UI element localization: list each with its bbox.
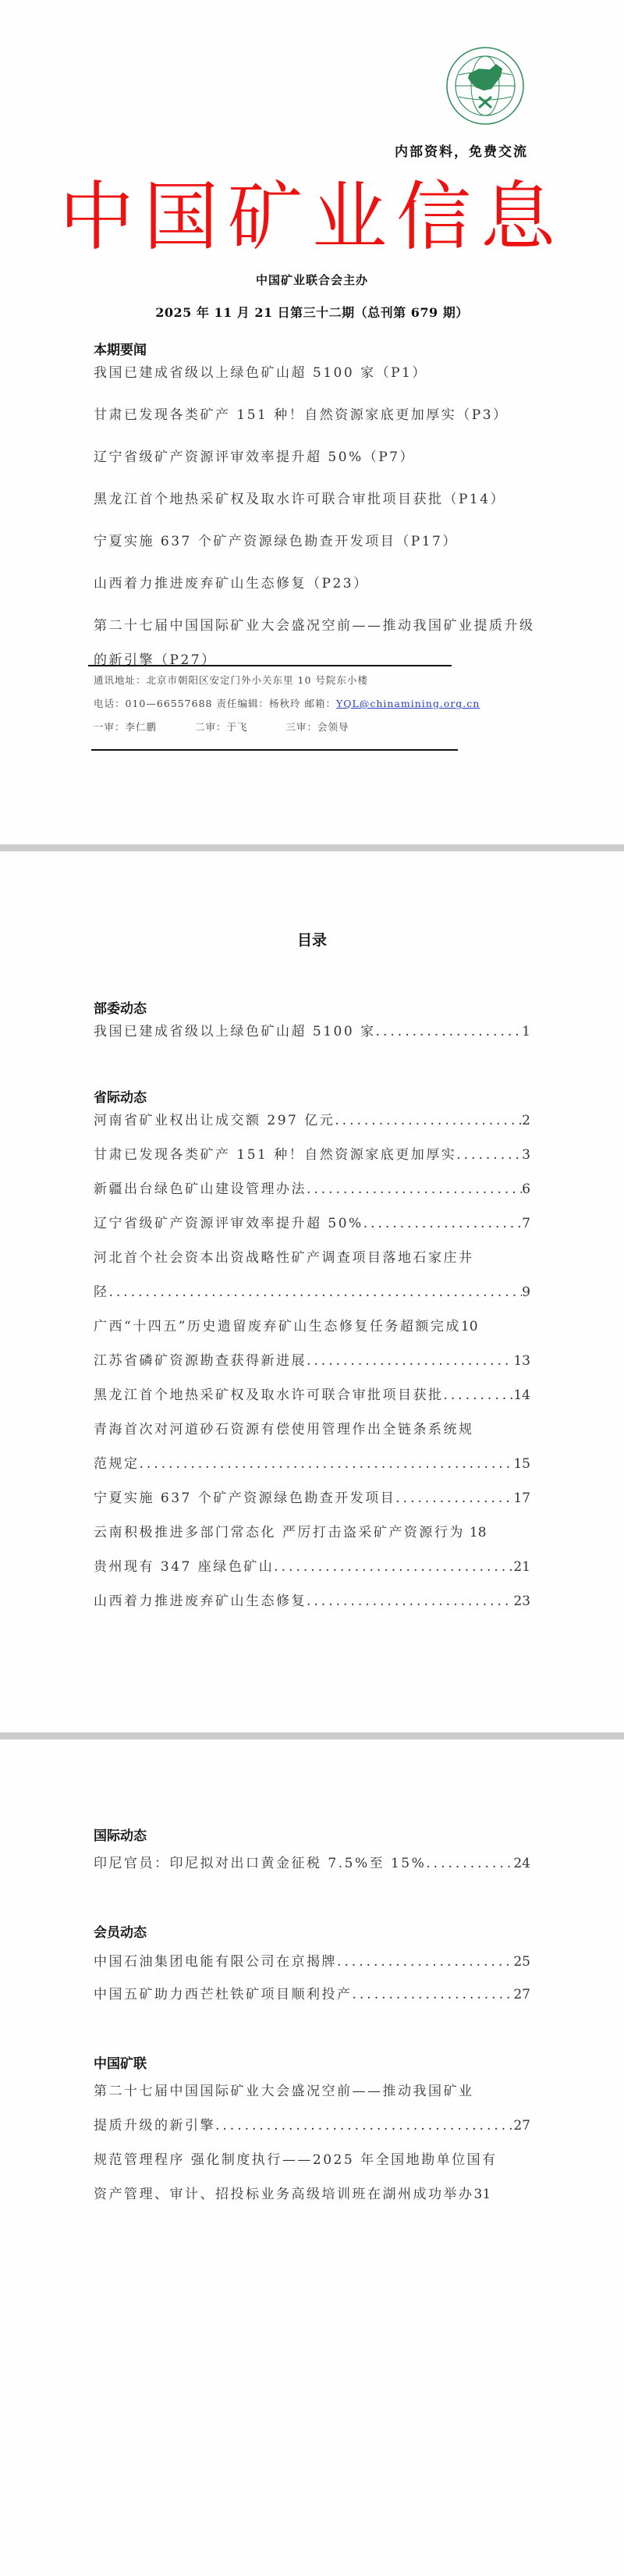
toc-entry[interactable]: 云南积极推进多部门常态化 严厉打击盗采矿产资源行为18 (94, 1515, 530, 1550)
headline-item[interactable]: 山西着力推进废弃矿山生态修复（P23） (94, 576, 538, 592)
masthead-title: 中国矿业信息 (0, 174, 624, 260)
headline-item[interactable]: 甘肃已发现各类矿产 151 种！自然资源家底更加厚实（P3） (94, 407, 538, 424)
toc-entry[interactable]: 青海首次对河道砂石资源有偿使用管理作出全链条系统规 范规定15 (94, 1412, 530, 1481)
toc-entry[interactable]: 山西着力推进废弃矿山生态修复23 (94, 1584, 530, 1618)
toc-entry[interactable]: 黑龙江首个地热采矿权及取水许可联合审批项目获批14 (94, 1378, 530, 1412)
divider (91, 749, 458, 751)
toc-entry[interactable]: 广西“十四五”历史遗留废弃矿山生态修复任务超额完成10 (94, 1309, 530, 1344)
phone-number: 010—66557688 (126, 698, 213, 709)
toc-entry[interactable]: 第二十七届中国国际矿业大会盛况空前——推动我国矿业 提质升级的新引擎27 (94, 2074, 530, 2143)
toc-entry[interactable]: 辽宁省级矿产资源评审效率提升超 50%7 (94, 1206, 530, 1241)
headline-item[interactable]: 我国已建成省级以上绿色矿山超 5100 家（P1） (94, 365, 538, 382)
reviewer-2: 二审：于飞 (195, 720, 248, 734)
page-separator (0, 1732, 624, 1739)
distribution-note: 内部资料，免费交流 (395, 140, 528, 160)
toc-entry[interactable]: 新疆出台绿色矿山建设管理办法6 (94, 1172, 530, 1206)
toc-entry[interactable]: 贵州现有 347 座绿色矿山21 (94, 1550, 530, 1584)
toc-entry[interactable]: 河北首个社会资本出资战略性矿产调查项目落地石家庄井 陉9 (94, 1241, 530, 1309)
headline-item[interactable]: 黑龙江首个地热采矿权及取水许可联合审批项目获批（P14） (94, 492, 538, 508)
toc-entry[interactable]: 宁夏实施 637 个矿产资源绿色勘查开发项目17 (94, 1481, 530, 1515)
china-mining-association-logo-icon (445, 45, 526, 126)
reviewer-1: 一审：李仁鹏 (94, 720, 157, 734)
contact-phone-editor-email: 电话：010—66557688 责任编辑：杨秋玲 邮箱：YQL@chinamin… (94, 696, 530, 710)
toc-entry[interactable]: 中国五矿助力西芒杜铁矿项目顺利投产27 (94, 1977, 530, 2012)
reviewers-line: 一审：李仁鹏 二审：于飞 三审：会领导 (94, 720, 530, 734)
issue-line: 2025 年 11 月 21 日第三十二期（总刊第 679 期） (0, 303, 624, 321)
page-separator (0, 844, 624, 851)
headline-item[interactable]: 第二十七届中国国际矿业大会盛况空前——推动我国矿业提质升级的新引擎（P27） (94, 609, 538, 677)
headlines-list: 我国已建成省级以上绿色矿山超 5100 家（P1） 甘肃已发现各类矿产 151 … (94, 365, 538, 703)
toc-section-title: 国际动态 (94, 1825, 147, 1844)
toc-section-title: 会员动态 (94, 1921, 147, 1941)
editor-name: 杨秋玲 (269, 698, 301, 709)
toc-title: 目录 (0, 929, 624, 950)
sponsor-line: 中国矿业联合会主办 (0, 272, 624, 288)
headline-item[interactable]: 辽宁省级矿产资源评审效率提升超 50%（P7） (94, 449, 538, 466)
toc-entry[interactable]: 中国石油集团电能有限公司在京揭牌25 (94, 1945, 530, 1979)
divider (88, 665, 452, 666)
contact-address: 通讯地址：北京市朝阳区安定门外小关东里 10 号院东小楼 (94, 673, 530, 687)
toc-entry[interactable]: 河南省矿业权出让成交额 297 亿元2 (94, 1103, 530, 1138)
toc-entry[interactable]: 甘肃已发现各类矿产 151 种！自然资源家底更加厚实3 (94, 1138, 530, 1172)
headlines-title: 本期要闻 (94, 339, 147, 358)
reviewer-3: 三审：会领导 (286, 720, 349, 734)
toc-entry[interactable]: 我国已建成省级以上绿色矿山超 5100 家1 (94, 1014, 530, 1049)
toc-entry[interactable]: 印尼官员：印尼拟对出口黄金征税 7.5%至 15%24 (94, 1846, 530, 1881)
toc-entry[interactable]: 江苏省磷矿资源勘查获得新进展13 (94, 1344, 530, 1378)
toc-section-title: 中国矿联 (94, 2052, 147, 2072)
toc-entry[interactable]: 规范管理程序 强化制度执行——2025 年全国地勘单位国有 资产管理、审计、招投… (94, 2143, 530, 2212)
headline-item[interactable]: 宁夏实施 637 个矿产资源绿色勘查开发项目（P17） (94, 534, 538, 550)
email-link[interactable]: YQL@chinamining.org.cn (336, 698, 480, 709)
